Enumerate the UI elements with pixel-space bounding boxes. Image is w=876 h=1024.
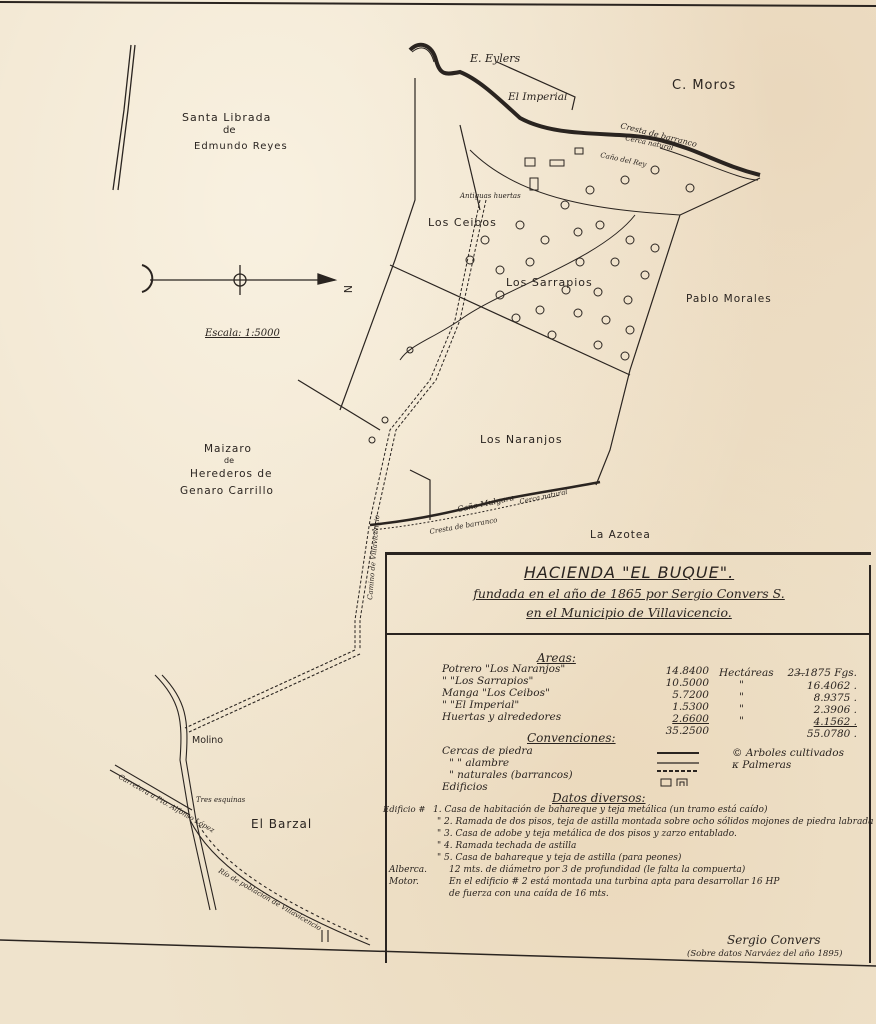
label-molino: Molino <box>192 735 223 746</box>
building-symbols <box>525 148 583 190</box>
datos-label: Motor. <box>389 877 419 887</box>
area-unit: " <box>739 715 744 727</box>
label-santa-librada-de: de <box>223 125 236 136</box>
convention-item: Cercas de piedra <box>442 745 533 757</box>
area-ha: 5.7200 <box>649 689 709 701</box>
convention-item: Edificios <box>442 781 488 793</box>
symbol-arboles: © Arboles cultivados <box>732 747 844 759</box>
north-label: N <box>341 285 354 293</box>
area-ha: 14.8400 <box>649 665 709 677</box>
label-la-azotea: La Azotea <box>590 529 651 541</box>
hacienda-subtitle-2: en el Municipio de Villavicencio. <box>387 605 871 620</box>
title-divider <box>387 633 871 635</box>
area-fgs: 23.1875 Fgs. <box>777 667 857 679</box>
area-unit: " <box>739 679 744 691</box>
label-maizaro: Maizaro <box>204 443 252 455</box>
area-name: Potrero "Los Naranjos" <box>442 663 565 675</box>
property-boundary <box>298 62 760 520</box>
area-fgs: 16.4062 . <box>777 680 857 692</box>
datos-text: de fuerza con una caída de 16 mts. <box>449 889 609 899</box>
area-ha: 10.5000 <box>649 677 709 689</box>
signature: Sergio Convers <box>727 933 821 947</box>
label-camino-villavicencio: Camino de Villavicencio <box>366 515 381 601</box>
scale-label: Escala: 1:5000 <box>204 328 281 339</box>
datos-text: " 5. Casa de bahareque y teja de astilla… <box>437 853 681 863</box>
area-ha: 2.6600 <box>649 713 709 725</box>
label-e-eylers: E. Eylers <box>469 52 521 65</box>
area-fgs: 4.1562 . <box>777 716 857 728</box>
signature-note: (Sobre datos Narváez del año 1895) <box>687 949 842 959</box>
area-name: " "Los Sarrapios" <box>442 675 533 687</box>
label-el-imperial: El Imperial <box>507 91 567 103</box>
compass-rose <box>142 265 335 295</box>
area-name: " "El Imperial" <box>442 699 519 711</box>
area-fgs: 8.9375 . <box>777 692 857 704</box>
convention-item: " naturales (barrancos) <box>449 769 573 781</box>
tree-symbols <box>369 166 694 443</box>
label-genaro-carrillo: Genaro Carrillo <box>180 485 274 497</box>
label-santa-librada: Santa Librada <box>182 111 271 124</box>
convention-item: " " alambre <box>449 757 509 769</box>
top-border <box>0 2 876 6</box>
datos-text: " 2. Ramada de dos pisos, teja de astill… <box>437 817 873 827</box>
datos-text: 1. Casa de habitación de bahareque y tej… <box>433 805 767 815</box>
label-herederos: Herederos de <box>190 468 272 480</box>
legend-block: HACIENDA "EL BUQUE". fundada en el año d… <box>385 552 871 963</box>
area-fgs: 2.3906 . <box>777 704 857 716</box>
area-name: Manga "Los Ceibos" <box>442 687 550 699</box>
datos-text: " 4. Ramada techada de astilla <box>437 841 576 851</box>
label-rio-poblacion: Río de población de Villavicencio <box>216 866 322 932</box>
label-cano-mulgara: Caño Mulgara <box>457 493 516 514</box>
label-huertas: Antiguas huertas <box>459 192 521 200</box>
total-ha: 35.2500 <box>649 725 709 737</box>
label-cerca-natural-bottom: Cerca natural <box>519 488 569 506</box>
datos-label: Alberca. <box>389 865 427 875</box>
total-fgs: 55.0780 . <box>777 728 857 740</box>
title-block: HACIENDA "EL BUQUE". fundada en el año d… <box>387 563 871 620</box>
legend-right-border <box>869 565 871 963</box>
label-pablo-morales: Pablo Morales <box>686 293 772 305</box>
area-ha: 1.5300 <box>649 701 709 713</box>
label-tres-esquinas: Tres esquinas <box>196 796 246 804</box>
conventions-title: Convenciones: <box>527 731 616 745</box>
convention-symbols <box>655 747 705 797</box>
datos-text: En el edificio # 2 está montada una turb… <box>449 877 779 887</box>
datos-title: Datos diversos: <box>552 791 646 805</box>
label-cano-del-rey: Caño del Rey <box>600 151 649 169</box>
datos-label: Edificio # <box>383 805 425 815</box>
label-cresta-barranco-bottom: Cresta de barranco <box>429 516 498 536</box>
label-los-naranjos: Los Naranjos <box>480 433 563 446</box>
label-los-sarrapios: Los Sarrapios <box>506 276 593 289</box>
area-name: Huertas y alrededores <box>442 711 561 723</box>
datos-text: " 3. Casa de adobe y teja metálica de do… <box>437 829 737 839</box>
label-maizaro-de: de <box>224 456 234 465</box>
label-los-ceibos: Los Ceibos <box>428 216 497 229</box>
label-el-barzal: El Barzal <box>251 817 312 831</box>
hacienda-title: HACIENDA "EL BUQUE". <box>387 563 871 582</box>
label-edmundo-reyes: Edmundo Reyes <box>194 141 288 152</box>
area-unit: Hectáreas <box>719 667 774 679</box>
datos-text: 12 mts. de diámetro por 3 de profundidad… <box>449 865 745 875</box>
symbol-palmeras: κ Palmeras <box>732 759 791 771</box>
left-road <box>113 45 135 190</box>
hacienda-subtitle: fundada en el año de 1865 por Sergio Con… <box>387 586 871 601</box>
label-c-moros: C. Moros <box>672 78 736 93</box>
river-barranco <box>410 45 760 180</box>
area-unit: " <box>739 703 744 715</box>
area-unit: " <box>739 691 744 703</box>
